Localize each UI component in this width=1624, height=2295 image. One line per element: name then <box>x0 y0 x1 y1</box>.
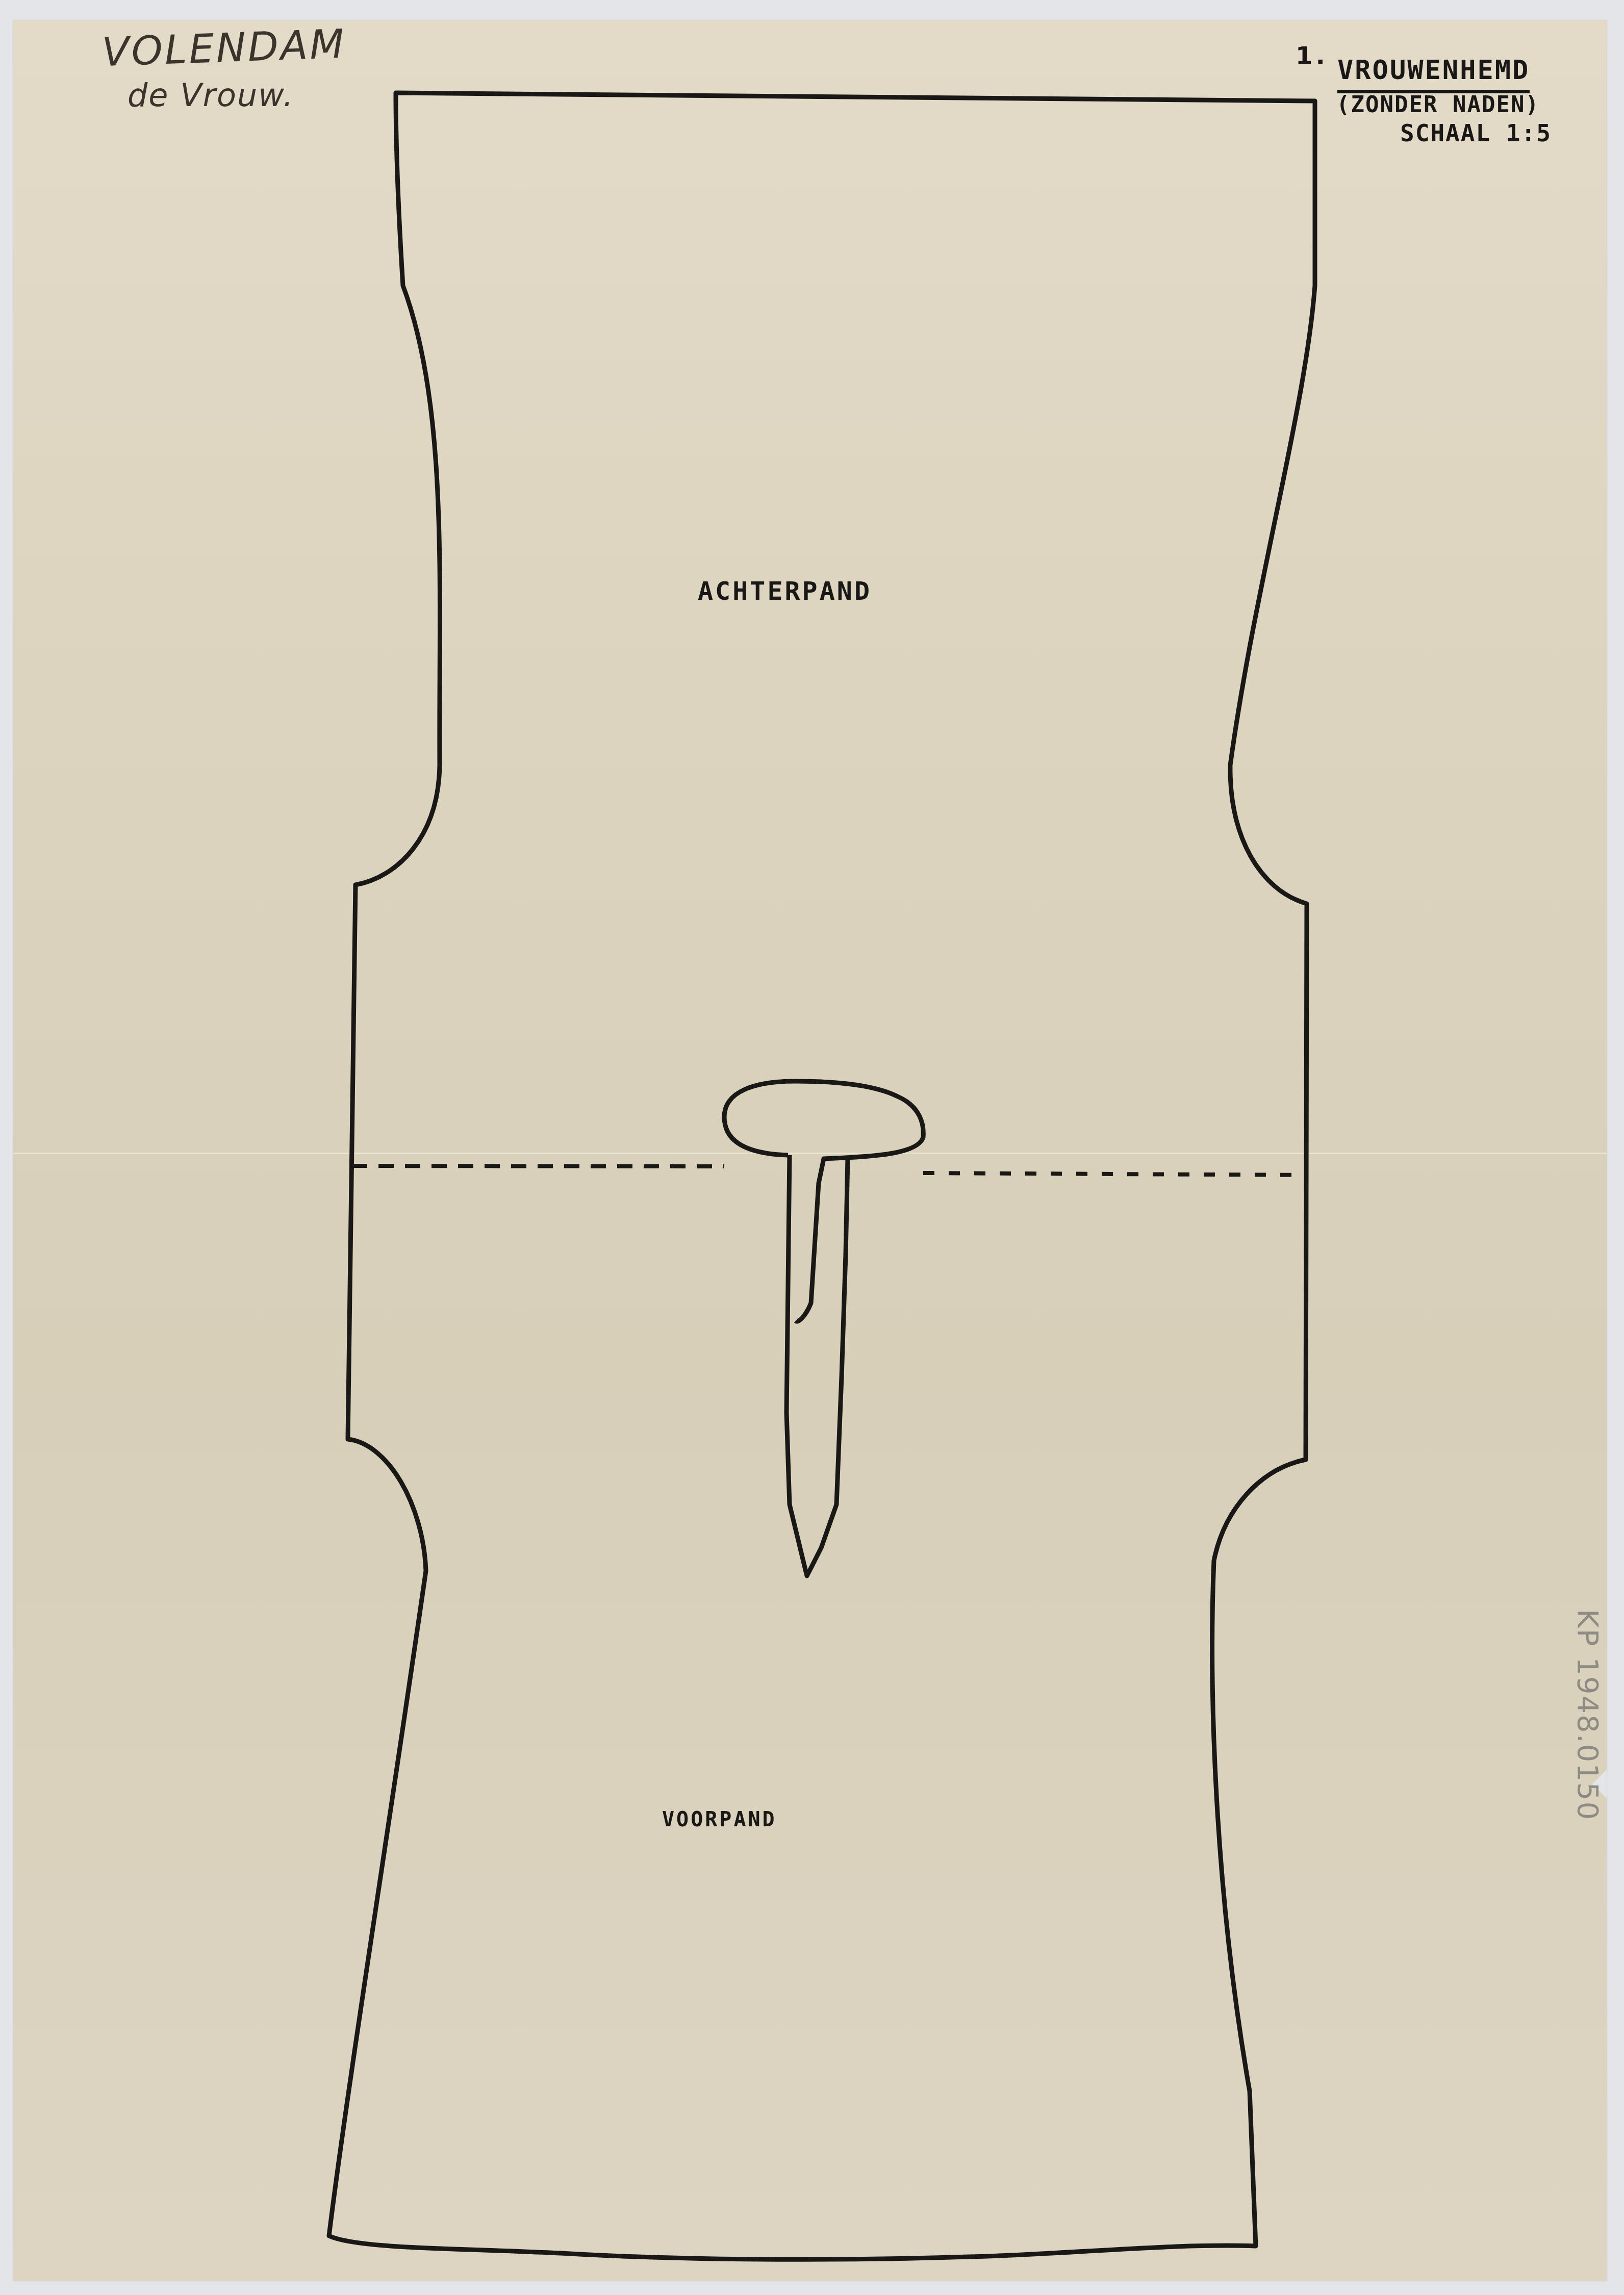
sheet-number: 1. <box>1296 42 1328 70</box>
pencil-inventory-number: KP 1948.0150 <box>1571 1609 1604 1821</box>
region-subtitle: de Vrouw. <box>128 76 294 114</box>
region-title: VOLENDAM <box>102 21 347 76</box>
front-panel-label: VOORPAND <box>662 1808 777 1831</box>
neck-opening <box>724 1081 923 1321</box>
garment-note: (ZONDER NADEN) <box>1336 92 1540 118</box>
fold-line-right <box>923 1173 1307 1175</box>
fold-line-left <box>352 1166 724 1166</box>
back-panel-label: ACHTERPAND <box>698 576 872 606</box>
garment-title: VROUWENHEMD <box>1337 55 1530 93</box>
pattern-drawing <box>0 0 1624 2295</box>
scale-label: SCHAAL 1:5 <box>1400 119 1552 147</box>
